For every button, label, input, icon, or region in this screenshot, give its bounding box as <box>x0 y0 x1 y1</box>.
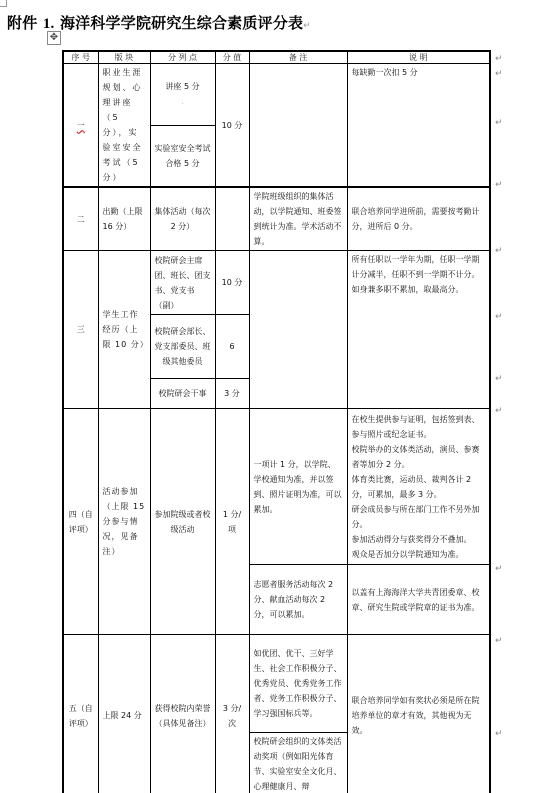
table-row-3: 三 学生工作经历（上限 10 分） 校院研会主席团、班长、团支书、党支书（副） … <box>63 251 490 315</box>
row4-score: 1 分/项 <box>215 409 249 635</box>
page-title: 附件 1. 海洋科学学院研究生综合素质评分表↵ <box>7 12 311 33</box>
row4-remark-2: 志愿者服务活动每次 2 分、献血活动每次 2 分，可以累加。 <box>249 565 347 635</box>
row1-point-1: 讲座 5 分. <box>150 64 215 126</box>
table-header-row: 序 号 版 块 分 列 点 分 值 备 注 说 明 <box>63 51 490 64</box>
row2-note: 联合培养同学进所前，需要按考勤计分，进所后 0 分。 <box>347 187 490 251</box>
row2-seq: 二 <box>63 187 98 251</box>
row3-remark <box>249 251 347 409</box>
row4-note-line: 体育类比赛，运动员、裁判各计 2 分，可累加，最多 3 分。 <box>352 472 486 502</box>
row4-seq: 四（自评项） <box>63 409 98 635</box>
row3-seq: 三 <box>63 251 98 409</box>
row5-score: 3 分/次 <box>215 635 249 793</box>
row5-point: 获得校院内荣誉（具体见备注） <box>150 635 215 793</box>
row4-note-line: 参加活动得分与获奖得分不叠加。 <box>352 532 486 547</box>
paragraph-mark-icon: ↵ <box>303 21 311 31</box>
row4-note-line: 观众是否加分以学院通知为准。 <box>352 547 486 562</box>
row4-note-1: 在校生提供参与证明，包括签到表、参与照片或纪念证书。 校院举办的文体类活动，演员… <box>347 409 490 565</box>
title-text: 海洋科学学院研究生综合素质评分表 <box>60 14 303 32</box>
row-end-mark-icon: ↵ <box>495 246 503 256</box>
row2-score <box>215 187 249 251</box>
row-end-mark-icon: ↵ <box>495 180 503 190</box>
table-row-2: 二 出勤（上限 16 分） 集体活动（每次 2 分） 学院班级组织的集体活动，以… <box>63 187 490 251</box>
row4-block: 活动参加（上限 15 分参与情况，见备注） <box>98 409 150 635</box>
row-end-mark-icon: ↵ <box>495 564 503 574</box>
row5-seq: 五（自评项） <box>63 635 98 793</box>
row1-block: 职业生涯规划、心理讲座（5分），实验室安全考试（5分） <box>98 64 150 188</box>
row4-note-line: 在校生提供参与证明，包括签到表、参与照片或纪念证书。 <box>352 412 486 442</box>
row5-remark-2: 校院研会组织的文体类活动奖项（例如阳光体育节、实验室安全文化月、心理健康月、辩 <box>249 733 347 793</box>
row3-score-3: 3 分 <box>215 379 249 409</box>
row2-point: 集体活动（每次 2 分） <box>150 187 215 251</box>
row3-score-2: 6 <box>215 315 249 379</box>
row4-note-line: 研会成员参与所在部门工作不另外加分。 <box>352 502 486 532</box>
row1-point-2: 实验室安全考试合格 5 分 <box>150 125 215 187</box>
row-end-mark-icon: ↵ <box>495 118 503 128</box>
table-row-4: 四（自评项） 活动参加（上限 15 分参与情况，见备注） 参加院级或者校级活动 … <box>63 409 490 565</box>
row5-note: 联合培养同学如有奖状必须是所在院培养单位的章才有效，其他视为无效。 <box>347 635 490 793</box>
row2-block: 出勤（上限 16 分） <box>98 187 150 251</box>
row3-point-3: 校院研会干事 <box>150 379 215 409</box>
page-corner-mark <box>0 0 7 7</box>
header-score: 分 值 <box>215 51 249 64</box>
header-block: 版 块 <box>98 51 150 64</box>
score-table: 序 号 版 块 分 列 点 分 值 备 注 说 明 一 职业生涯规划、心理讲座（… <box>62 50 491 793</box>
header-points: 分 列 点 <box>150 51 215 64</box>
row-end-mark-icon: ↵ <box>495 729 503 739</box>
row-end-mark-icon: ↵ <box>495 374 503 384</box>
row4-remark-1: 一项计 1 分，以学院、学校通知为准，并以签到、照片证明为准，可以累加。 <box>249 409 347 565</box>
title-number: 1. <box>43 16 55 32</box>
header-remark: 备 注 <box>249 51 347 64</box>
table-row-1: 一 职业生涯规划、心理讲座（5分），实验室安全考试（5分） 讲座 5 分. 10… <box>63 64 490 126</box>
row4-note-2: 以盖有上海海洋大学共青团委章、校章、研究生院或学院章的证书为准。 <box>347 565 490 635</box>
row3-note: 所有任职以一学年为期，任职一学期计分减半，任职不到一学期不计分。如身兼多职不累加… <box>347 251 490 409</box>
row3-point-2: 校院研会部长、党支部委员、班级其他委员 <box>150 315 215 379</box>
row1-remark <box>249 64 347 188</box>
row2-remark: 学院班级组织的集体活动，以学院通知、班委签到统计为准。学术活动不算。 <box>249 187 347 251</box>
row1-seq: 一 <box>63 64 98 188</box>
row4-point: 参加院级或者校级活动 <box>150 409 215 635</box>
title-prefix: 附件 <box>7 14 37 32</box>
row4-note-line: 校院举办的文体类活动，演员、参赛者等加分 2 分。 <box>352 442 486 472</box>
row-end-mark-icon: ↵ <box>495 312 503 322</box>
row3-block: 学生工作经历（上限 10 分） <box>98 251 150 409</box>
row3-point-1: 校院研会主席团、班长、团支书、党支书（副） <box>150 251 215 315</box>
table-row-5: 五（自评项） 上限 24 分 获得校院内荣誉（具体见备注） 3 分/次 如优团、… <box>63 635 490 733</box>
table-move-handle-icon[interactable]: ✥ <box>47 31 61 45</box>
row5-block: 上限 24 分 <box>98 635 150 793</box>
header-seq: 序 号 <box>63 51 98 64</box>
row1-score: 10 分 <box>215 64 249 188</box>
row-end-mark-icon: ↵ <box>495 54 503 64</box>
row-end-mark-icon: ↵ <box>495 69 503 79</box>
header-note: 说 明 <box>347 51 490 64</box>
row-end-mark-icon: ↵ <box>495 406 503 416</box>
row3-score-1: 10 分 <box>215 251 249 315</box>
row1-note: 每缺勤一次扣 5 分 <box>347 64 490 188</box>
row5-remark-1: 如优团、优干、三好学生、社会工作积极分子、优秀党员、优秀党务工作者、党务工作积极… <box>249 635 347 733</box>
row-end-mark-icon: ↵ <box>495 636 503 646</box>
